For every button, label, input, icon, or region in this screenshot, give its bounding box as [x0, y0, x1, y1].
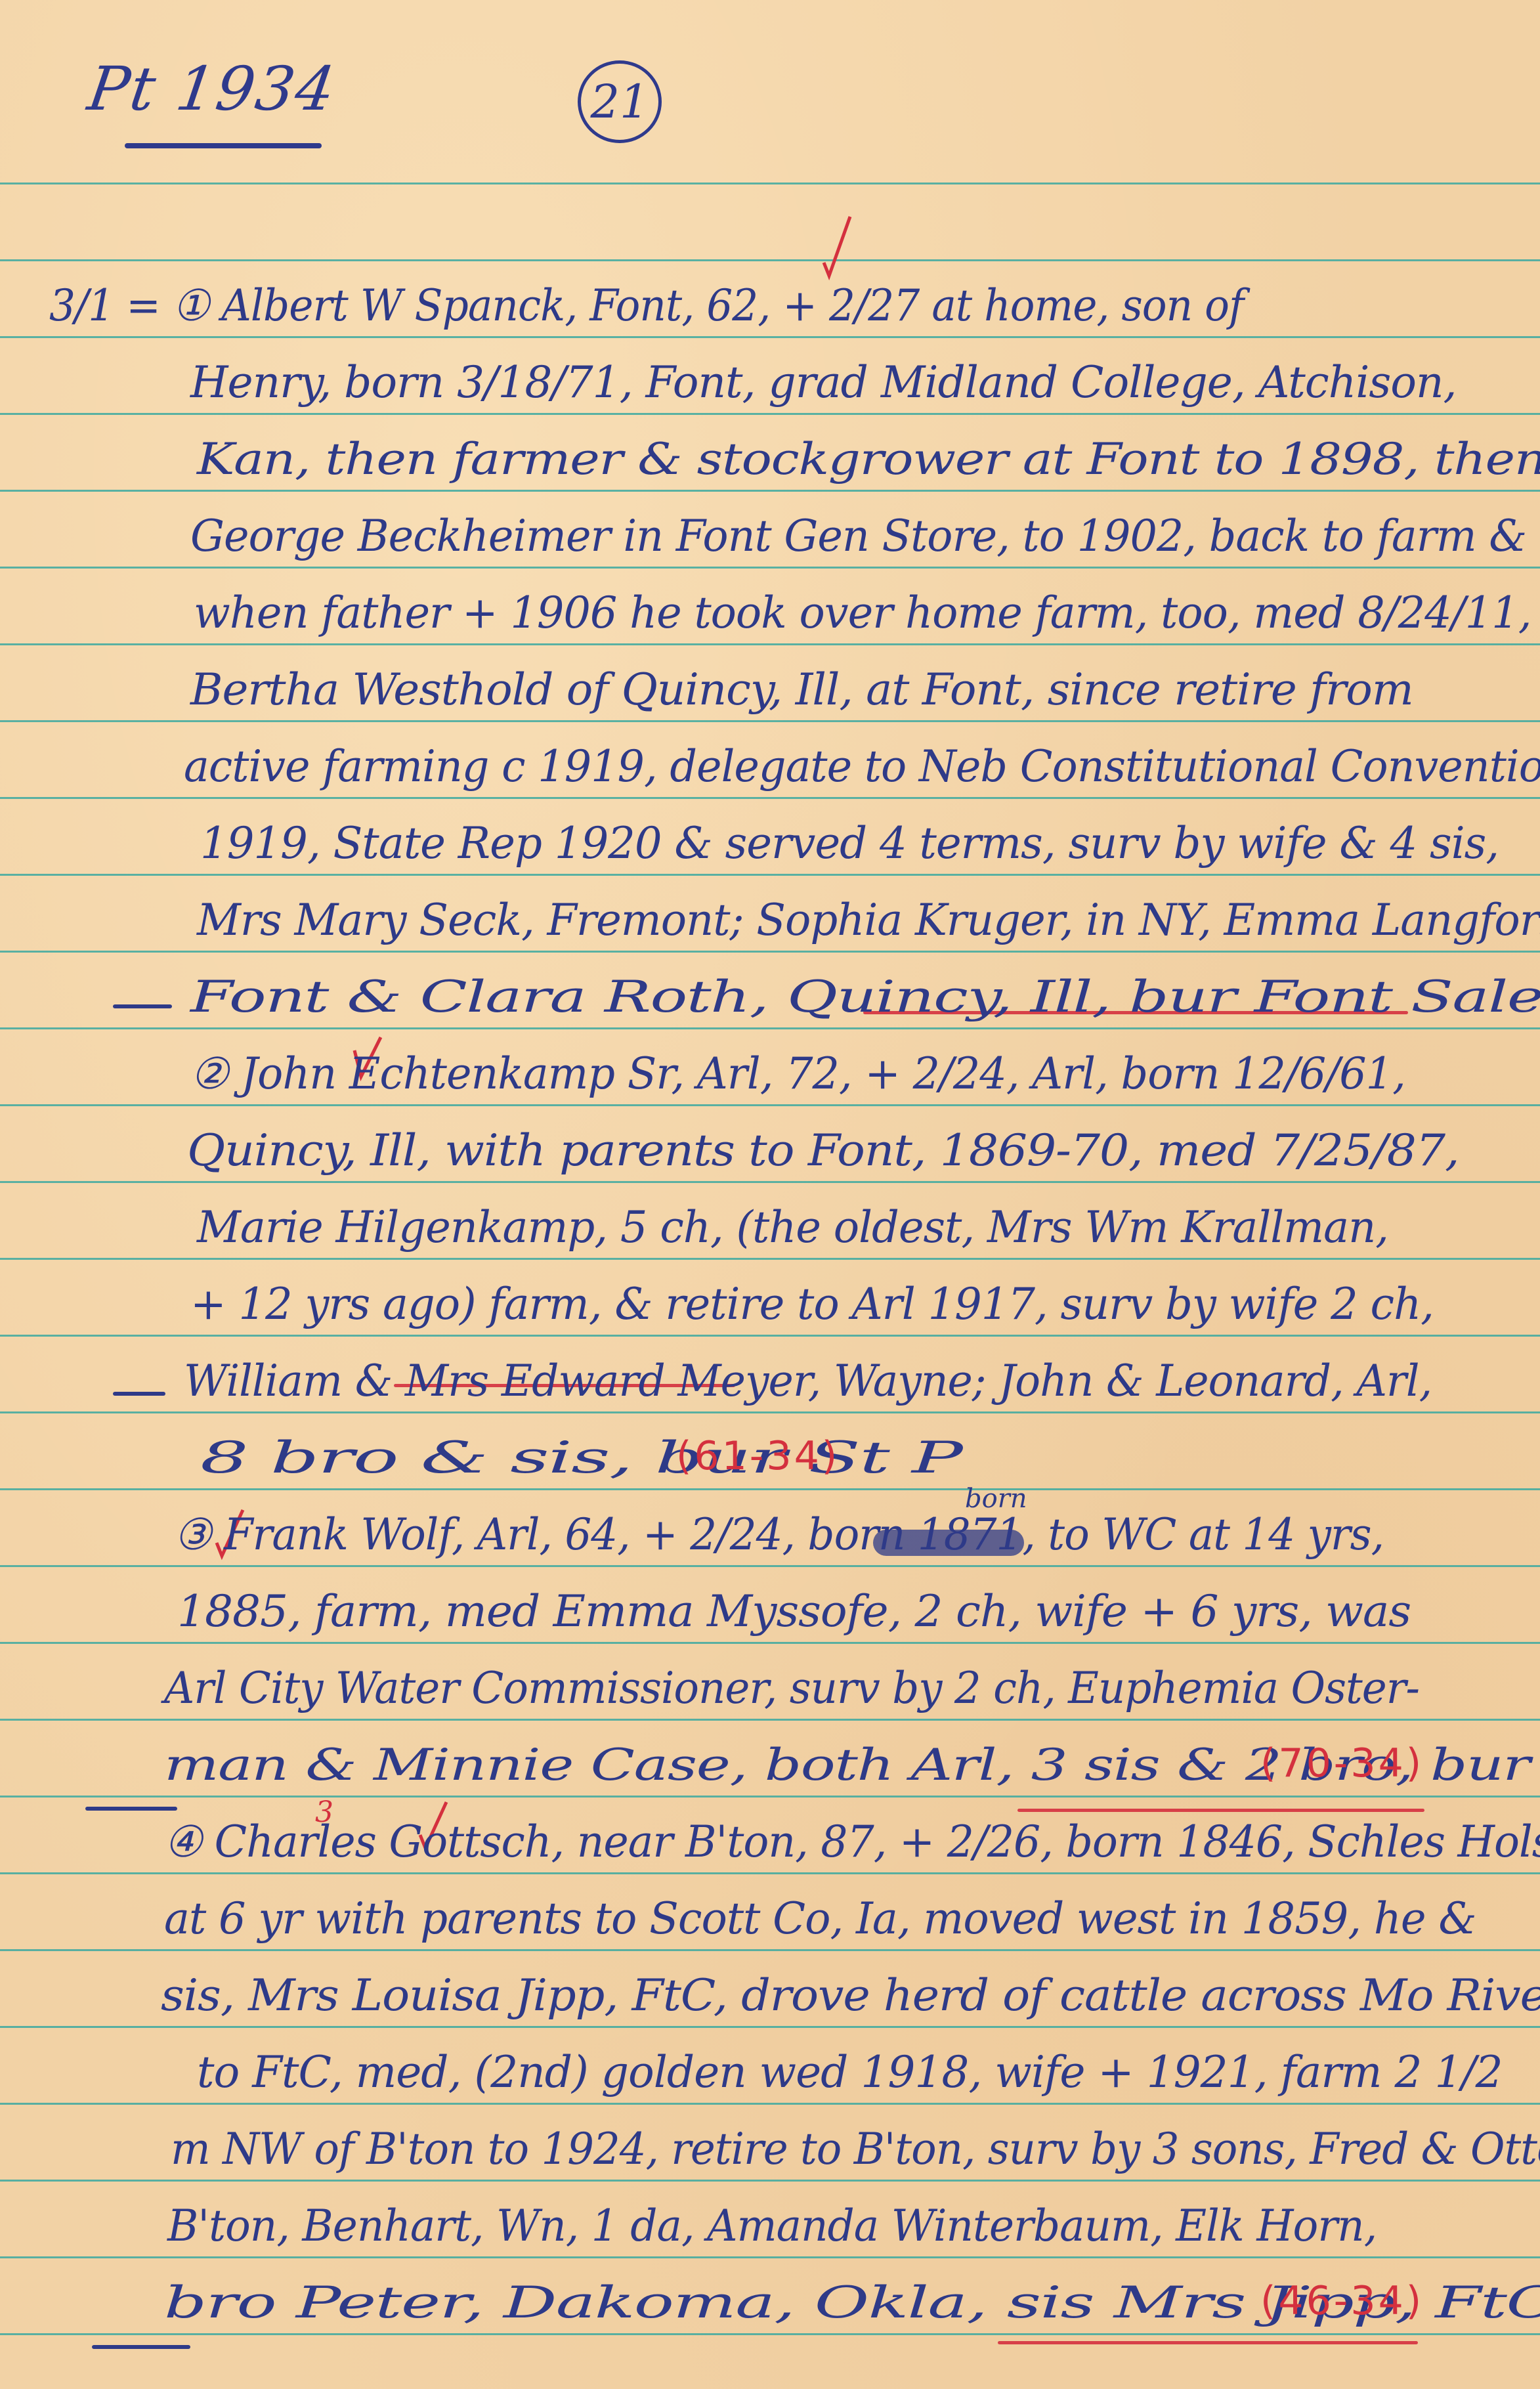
- handwritten-text: Quincy, Ill, with parents to Font, 1869-…: [187, 1125, 1459, 1176]
- entry-2-line: Marie Hilgenkamp, 5 ch, (the oldest, Mrs…: [0, 1181, 1540, 1258]
- red-reference-note: (46-34): [1260, 2278, 1424, 2324]
- entry-1-line: when father + 1906 he took over home far…: [0, 567, 1540, 643]
- entry-2-line: William & Mrs Edward Meyer, Wayne; John …: [0, 1335, 1540, 1411]
- red-underline: [998, 2341, 1418, 2344]
- handwritten-text: Mrs Mary Seck, Fremont; Sophia Kruger, i…: [197, 895, 1540, 945]
- entry-2-line: 8 bro & sis, bur St P(61-34): [0, 1411, 1540, 1488]
- handwritten-text: active farming c 1919, delegate to Neb C…: [184, 741, 1540, 792]
- entry-4-line: bro Peter, Dakoma, Okla, sis Mrs Jipp, F…: [0, 2256, 1540, 2333]
- page-number: 21: [590, 75, 649, 129]
- handwritten-text: 3/1 = ① Albert W Spanck, Font, 62, + 2/2…: [49, 280, 1243, 331]
- handwritten-text: m NW of B'ton to 1924, retire to B'ton, …: [171, 2124, 1540, 2174]
- handwritten-text: Henry, born 3/18/71, Font, grad Midland …: [190, 357, 1456, 408]
- entry-4-line: sis, Mrs Louisa Jipp, FtC, drove herd of…: [0, 1949, 1540, 2026]
- entry-1-line: active farming c 1919, delegate to Neb C…: [0, 720, 1540, 797]
- rule-line: [0, 2333, 1540, 2335]
- entry-3-line: Arl City Water Commissioner, surv by 2 c…: [0, 1642, 1540, 1719]
- handwritten-text: B'ton, Benhart, Wn, 1 da, Amanda Winterb…: [167, 2201, 1377, 2251]
- entry-1-line: 1919, State Rep 1920 & served 4 terms, s…: [0, 797, 1540, 874]
- handwritten-text: George Beckheimer in Font Gen Store, to …: [190, 511, 1526, 561]
- red-reference-note: (70-34): [1260, 1740, 1424, 1786]
- handwritten-text: 1919, State Rep 1920 & served 4 terms, s…: [200, 818, 1499, 869]
- handwritten-text: 1885, farm, med Emma Myssofe, 2 ch, wife…: [177, 1586, 1411, 1637]
- handwritten-text: to FtC, med, (2nd) golden wed 1918, wife…: [197, 2047, 1503, 2098]
- entry-4-line: to FtC, med, (2nd) golden wed 1918, wife…: [0, 2026, 1540, 2103]
- handwritten-text: ③ Frank Wolf, Arl, 64, + 2/24, born 1871…: [174, 1509, 1384, 1560]
- handwritten-text: Bertha Westhold of Quincy, Ill, at Font,…: [190, 664, 1413, 715]
- entry-1-line: Font & Clara Roth, Quincy, Ill, bur Font…: [0, 951, 1540, 1027]
- entry-1-line: 3/1 = ① Albert W Spanck, Font, 62, + 2/2…: [0, 259, 1540, 336]
- entry-3-line: 1885, farm, med Emma Myssofe, 2 ch, wife…: [0, 1565, 1540, 1642]
- entry-1-line: Bertha Westhold of Quincy, Ill, at Font,…: [0, 643, 1540, 720]
- entry-1-line: George Beckheimer in Font Gen Store, to …: [0, 490, 1540, 567]
- handwritten-text: when father + 1906 he took over home far…: [194, 588, 1531, 638]
- page-number-circle: 21: [578, 60, 662, 143]
- entry-4-line: ④ Charles Gottsch, near B'ton, 87, + 2/2…: [0, 1796, 1540, 1872]
- document-reference: Pt 1934: [83, 54, 340, 124]
- handwritten-text: 8 bro & sis, bur St P: [200, 1432, 962, 1483]
- handwritten-text: Arl City Water Commissioner, surv by 2 c…: [164, 1663, 1419, 1713]
- entry-1-line: Mrs Mary Seck, Fremont; Sophia Kruger, i…: [0, 874, 1540, 951]
- red-reference-note: (61-34): [676, 1433, 840, 1479]
- entry-3-line: ③ Frank Wolf, Arl, 64, + 2/24, born 1871…: [0, 1488, 1540, 1565]
- entry-2-line: Quincy, Ill, with parents to Font, 1869-…: [0, 1104, 1540, 1181]
- handwritten-text: ④ Charles Gottsch, near B'ton, 87, + 2/2…: [164, 1817, 1540, 1867]
- entry-4-line: at 6 yr with parents to Scott Co, Ia, mo…: [0, 1872, 1540, 1949]
- reference-underline: [125, 143, 322, 148]
- handwritten-text: at 6 yr with parents to Scott Co, Ia, mo…: [164, 1893, 1476, 1944]
- rule-line: [0, 183, 1540, 184]
- handwritten-text: Font & Clara Roth, Quincy, Ill, bur Font…: [190, 972, 1540, 1022]
- handwritten-text: Kan, then farmer & stockgrower at Font t…: [197, 434, 1540, 484]
- entry-3-line: man & Minnie Case, both Arl, 3 sis & 2 b…: [0, 1719, 1540, 1796]
- entry-4-line: B'ton, Benhart, Wn, 1 da, Amanda Winterb…: [0, 2180, 1540, 2256]
- handwritten-text: + 12 yrs ago) farm, & retire to Arl 1917…: [190, 1279, 1434, 1329]
- handwritten-text: Marie Hilgenkamp, 5 ch, (the oldest, Mrs…: [197, 1202, 1388, 1253]
- entry-2-line: ② John Echtenkamp Sr, Arl, 72, + 2/24, A…: [0, 1027, 1540, 1104]
- entry-1-line: Henry, born 3/18/71, Font, grad Midland …: [0, 336, 1540, 413]
- document-page: Pt 1934 21 3 born 3/1 = ① Albert W Spanc…: [0, 0, 1540, 2389]
- entry-4-line: m NW of B'ton to 1924, retire to B'ton, …: [0, 2103, 1540, 2180]
- entry-2-line: + 12 yrs ago) farm, & retire to Arl 1917…: [0, 1258, 1540, 1335]
- entry-1-line: Kan, then farmer & stockgrower at Font t…: [0, 413, 1540, 490]
- blue-underline: [92, 2345, 190, 2349]
- handwritten-text: sis, Mrs Louisa Jipp, FtC, drove herd of…: [161, 1970, 1540, 2021]
- handwritten-text: William & Mrs Edward Meyer, Wayne; John …: [184, 1356, 1432, 1406]
- handwritten-text: ② John Echtenkamp Sr, Arl, 72, + 2/24, A…: [190, 1048, 1405, 1099]
